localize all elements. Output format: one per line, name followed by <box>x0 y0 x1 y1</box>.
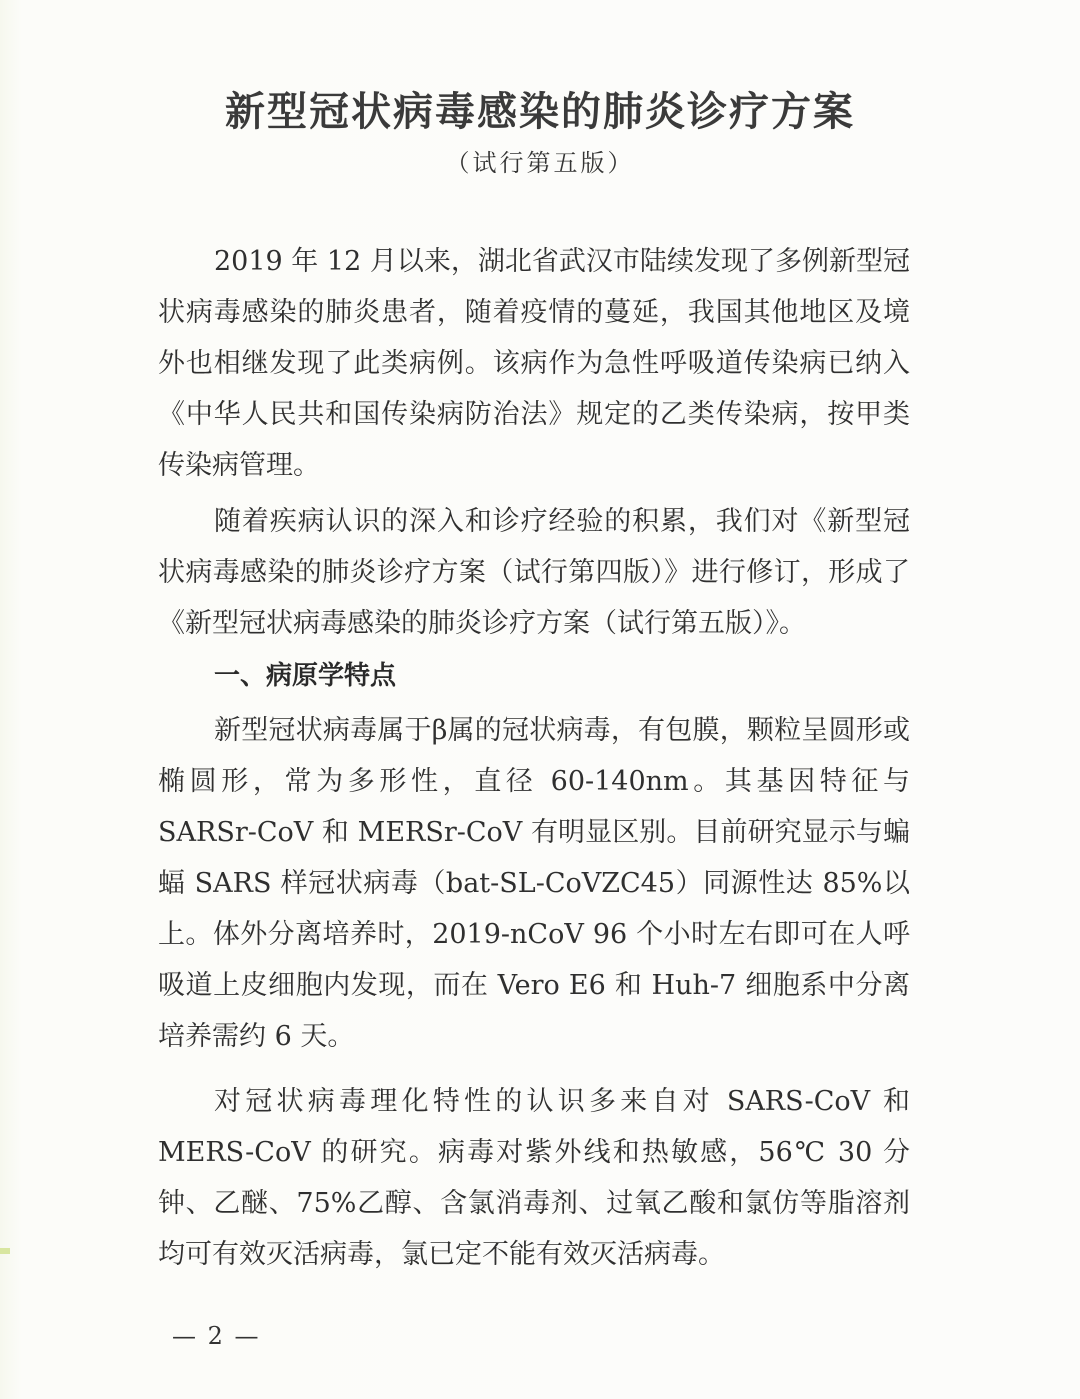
intro-paragraph-2: 随着疾病认识的深入和诊疗经验的积累，我们对《新型冠状病毒感染的肺炎诊疗方案（试行… <box>158 496 910 649</box>
page-number: — 2 — <box>172 1322 261 1350</box>
document-title: 新型冠状病毒感染的肺炎诊疗方案 <box>0 80 1080 137</box>
document-body: 2019 年 12 月以来，湖北省武汉市陆续发现了多例新型冠状病毒感染的肺炎患者… <box>158 236 910 1280</box>
page-edge-mark <box>0 1248 10 1254</box>
document-subtitle: （试行第五版） <box>0 143 1080 178</box>
section-1-paragraph-1: 新型冠状病毒属于β属的冠状病毒，有包膜，颗粒呈圆形或椭圆形，常为多形性，直径 6… <box>158 705 910 1062</box>
intro-paragraph-1: 2019 年 12 月以来，湖北省武汉市陆续发现了多例新型冠状病毒感染的肺炎患者… <box>158 236 910 491</box>
section-1-paragraph-2: 对冠状病毒理化特性的认识多来自对 SARS-CoV 和 MERS-CoV 的研究… <box>158 1076 910 1280</box>
section-heading-pathogen: 一、病原学特点 <box>158 651 910 702</box>
document-page: 新型冠状病毒感染的肺炎诊疗方案 （试行第五版） 2019 年 12 月以来，湖北… <box>0 0 1080 1399</box>
